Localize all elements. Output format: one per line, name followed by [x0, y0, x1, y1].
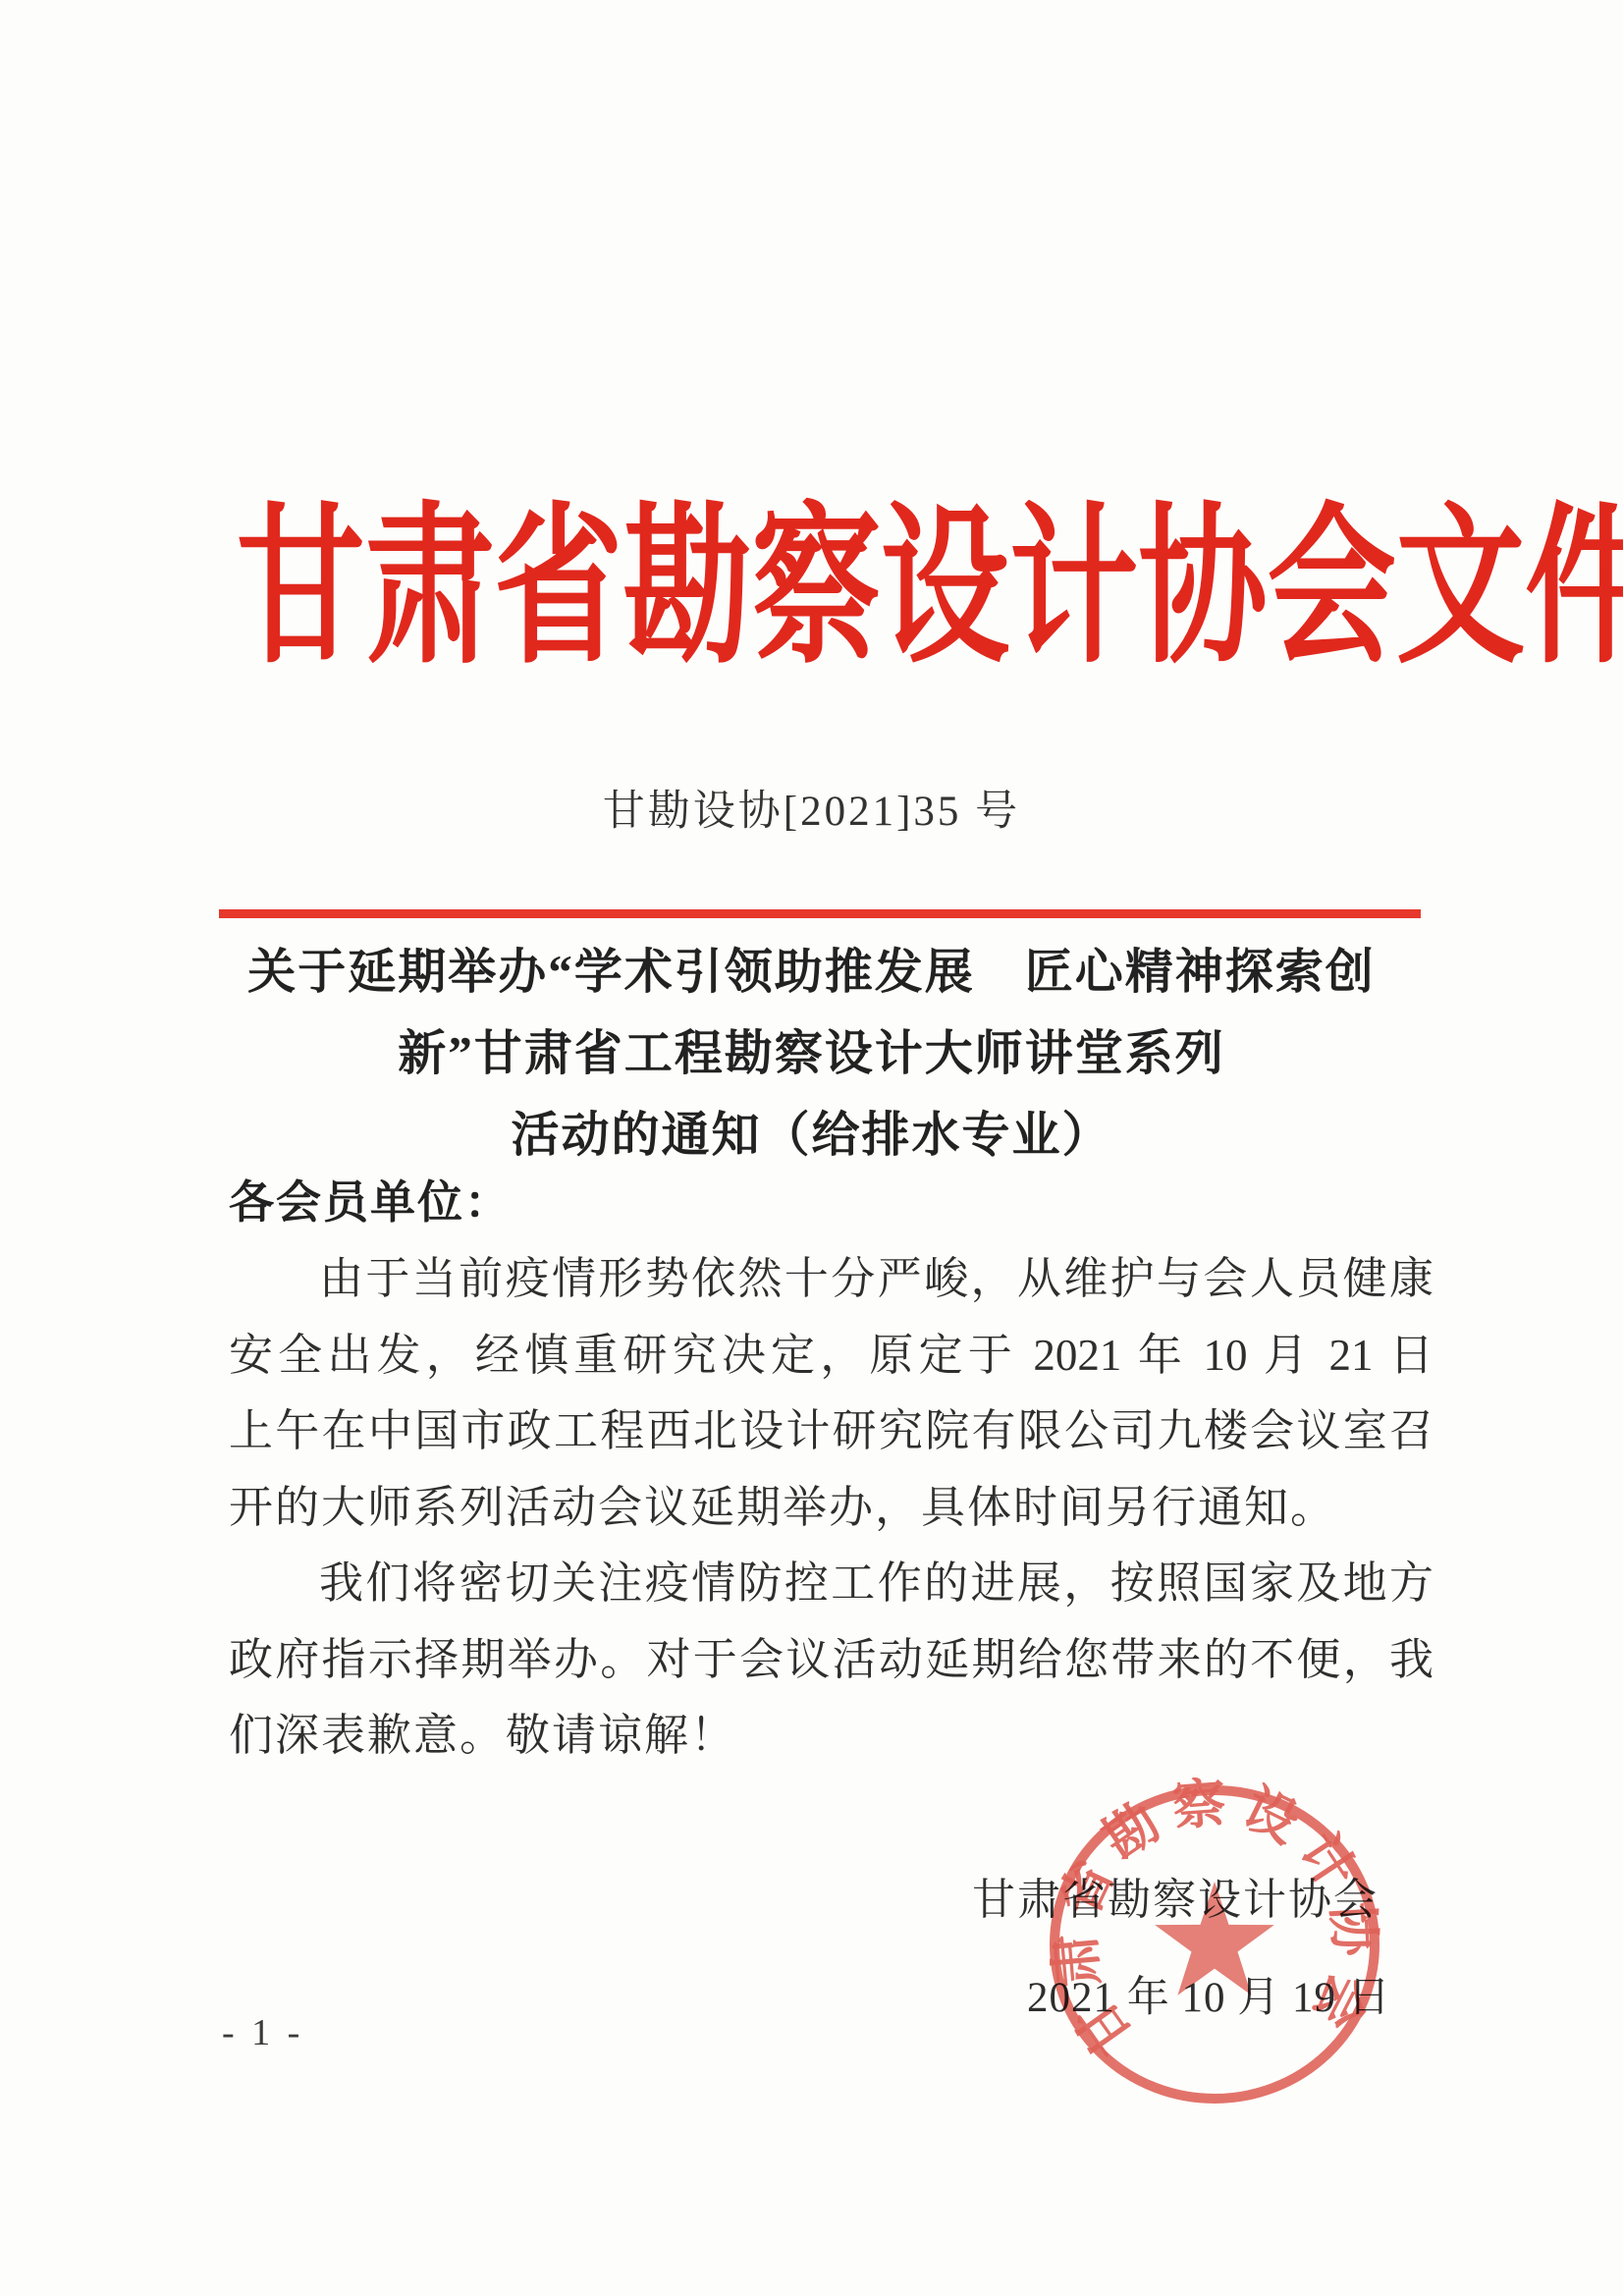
salutation: 各会员单位： — [229, 1167, 512, 1231]
seal-ring — [1055, 1790, 1375, 2099]
page-number: - 1 - — [222, 2011, 303, 2054]
notice-title-line-2: 新”甘肃省工程勘察设计大师讲堂系列 — [0, 1012, 1623, 1094]
official-red-seal: 甘肃省勘察设计协会 — [1048, 1777, 1381, 2111]
notice-title-line-1: 关于延期举办“学术引领助推发展 匠心精神探索创 — [0, 931, 1623, 1012]
red-separator-line — [219, 909, 1421, 918]
paragraph1-line-1: 由于当前疫情形势依然十分严峻，从维护与会人员健康 — [229, 1241, 1434, 1318]
paragraph2-line-2: 政府指示择期举办。对于会议活动延期给您带来的不便，我 — [229, 1622, 1434, 1699]
paragraph1-line-3: 上午在中国市政工程西北设计研究院有限公司九楼会议室召 — [229, 1394, 1434, 1470]
org-title-wrap: 甘肃省勘察设计协会文件 — [0, 503, 1623, 675]
paragraph2-line-3: 们深表歉意。敬请谅解！ — [229, 1698, 1434, 1775]
document-number: 甘勘设协[2021]35 号 — [0, 778, 1623, 838]
paragraph1-line-2: 安全出发，经慎重研究决定，原定于 2021 年 10 月 21 日 — [229, 1318, 1434, 1394]
paragraph2-line-1: 我们将密切关注疫情防控工作的进展，按照国家及地方 — [229, 1546, 1434, 1622]
issue-date: 2021 年 10 月 19 日 — [1027, 1964, 1391, 2024]
notice-body: 由于当前疫情形势依然十分严峻，从维护与会人员健康 安全出发，经慎重研究决定，原定… — [229, 1241, 1434, 1775]
notice-title-line-3: 活动的通知（给排水专业） — [0, 1094, 1623, 1175]
scanned-official-document: 甘肃省勘察设计协会文件 甘勘设协[2021]35 号 关于延期举办“学术引领助推… — [0, 0, 1623, 2296]
notice-title: 关于延期举办“学术引领助推发展 匠心精神探索创 新”甘肃省工程勘察设计大师讲堂系… — [0, 931, 1623, 1175]
org-red-header-title: 甘肃省勘察设计协会文件 — [237, 503, 1623, 675]
paragraph1-line-4: 开的大师系列活动会议延期举办，具体时间另行通知。 — [229, 1470, 1434, 1547]
issuer-signature: 甘肃省勘察设计协会 — [972, 1864, 1379, 1927]
